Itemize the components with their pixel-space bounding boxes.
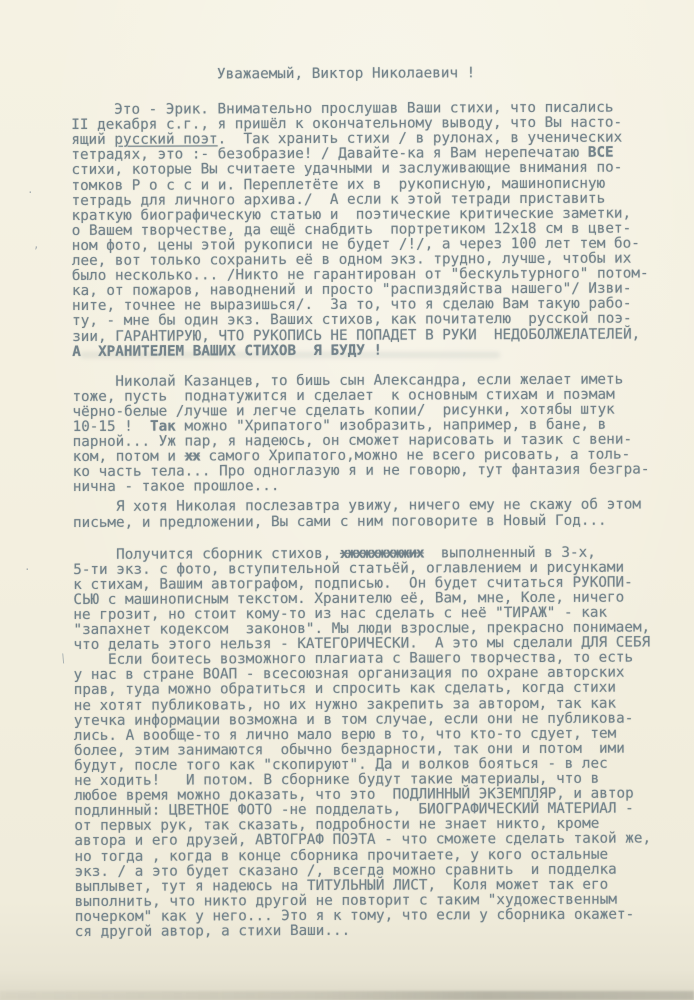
page-bottom-edge (0, 991, 694, 1000)
text-line: нична - такое прошлое... (73, 478, 673, 496)
ink-speck: . (24, 560, 31, 573)
struck-text: хжхжхжхжжих (340, 545, 424, 561)
ink-speck: , (33, 238, 40, 251)
text-segment: Так (150, 419, 176, 435)
text-segment: 10-15 ! (73, 419, 151, 435)
letter-salutation: Уважаемый, Виктор Николаевич ! (217, 65, 671, 82)
text-segment: почерком" как у него... Это я к тому, чт… (75, 906, 635, 924)
intro-paragraph: Это - Эрик. Внимательно прослушав Ваши с… (71, 100, 672, 359)
plagiarism-paragraph: Если боитесь возможного плагиата с Вашег… (74, 651, 675, 940)
letter-body: Это - Эрик. Внимательно прослушав Ваши с… (71, 100, 675, 940)
nikolai-paragraph: Николай Казанцев, то бишь сын Александра… (72, 372, 673, 495)
text-line: письме, и предложении, Вы сами с ним пог… (73, 513, 673, 531)
text-segment: ВСЕ (588, 145, 614, 161)
manuscript-paragraph: Получится сборник стихов, хжхжхжхжжих вы… (73, 545, 673, 653)
text-segment: ся другой автор, а стихи Ваши... (75, 923, 351, 940)
new-year-paragraph: Я хотя Николая послезавтра увижу, ничего… (73, 498, 673, 531)
text-line: почерком" как у него... Это я к тому, чт… (75, 907, 675, 925)
letter-content: Уважаемый, Виктор Николаевич ! Это - Эри… (71, 65, 675, 940)
text-line: ся другой автор, а стихи Ваши... (75, 922, 675, 940)
text-line: ко часть тела... Про одноглазую я и не г… (73, 463, 673, 481)
text-segment: письме, и предложении, Вы сами с ним пог… (73, 512, 607, 530)
text-segment: А ХРАНИТЕЛЕМ ВАШИХ СТИХОВ Я БУДУ ! (72, 342, 382, 359)
text-line: А ХРАНИТЕЛЕМ ВАШИХ СТИХОВ Я БУДУ ! (72, 342, 672, 360)
text-segment: нична - такое прошлое... (73, 478, 280, 495)
struck-text: хх (185, 449, 200, 465)
ink-speck: \ (58, 651, 69, 665)
letter-page: . , \ . Уважаемый, Виктор Николаевич ! Э… (0, 0, 694, 1000)
ink-speck: . (27, 183, 34, 196)
text-segment: ко часть тела... Про одноглазую я и не г… (73, 462, 650, 481)
